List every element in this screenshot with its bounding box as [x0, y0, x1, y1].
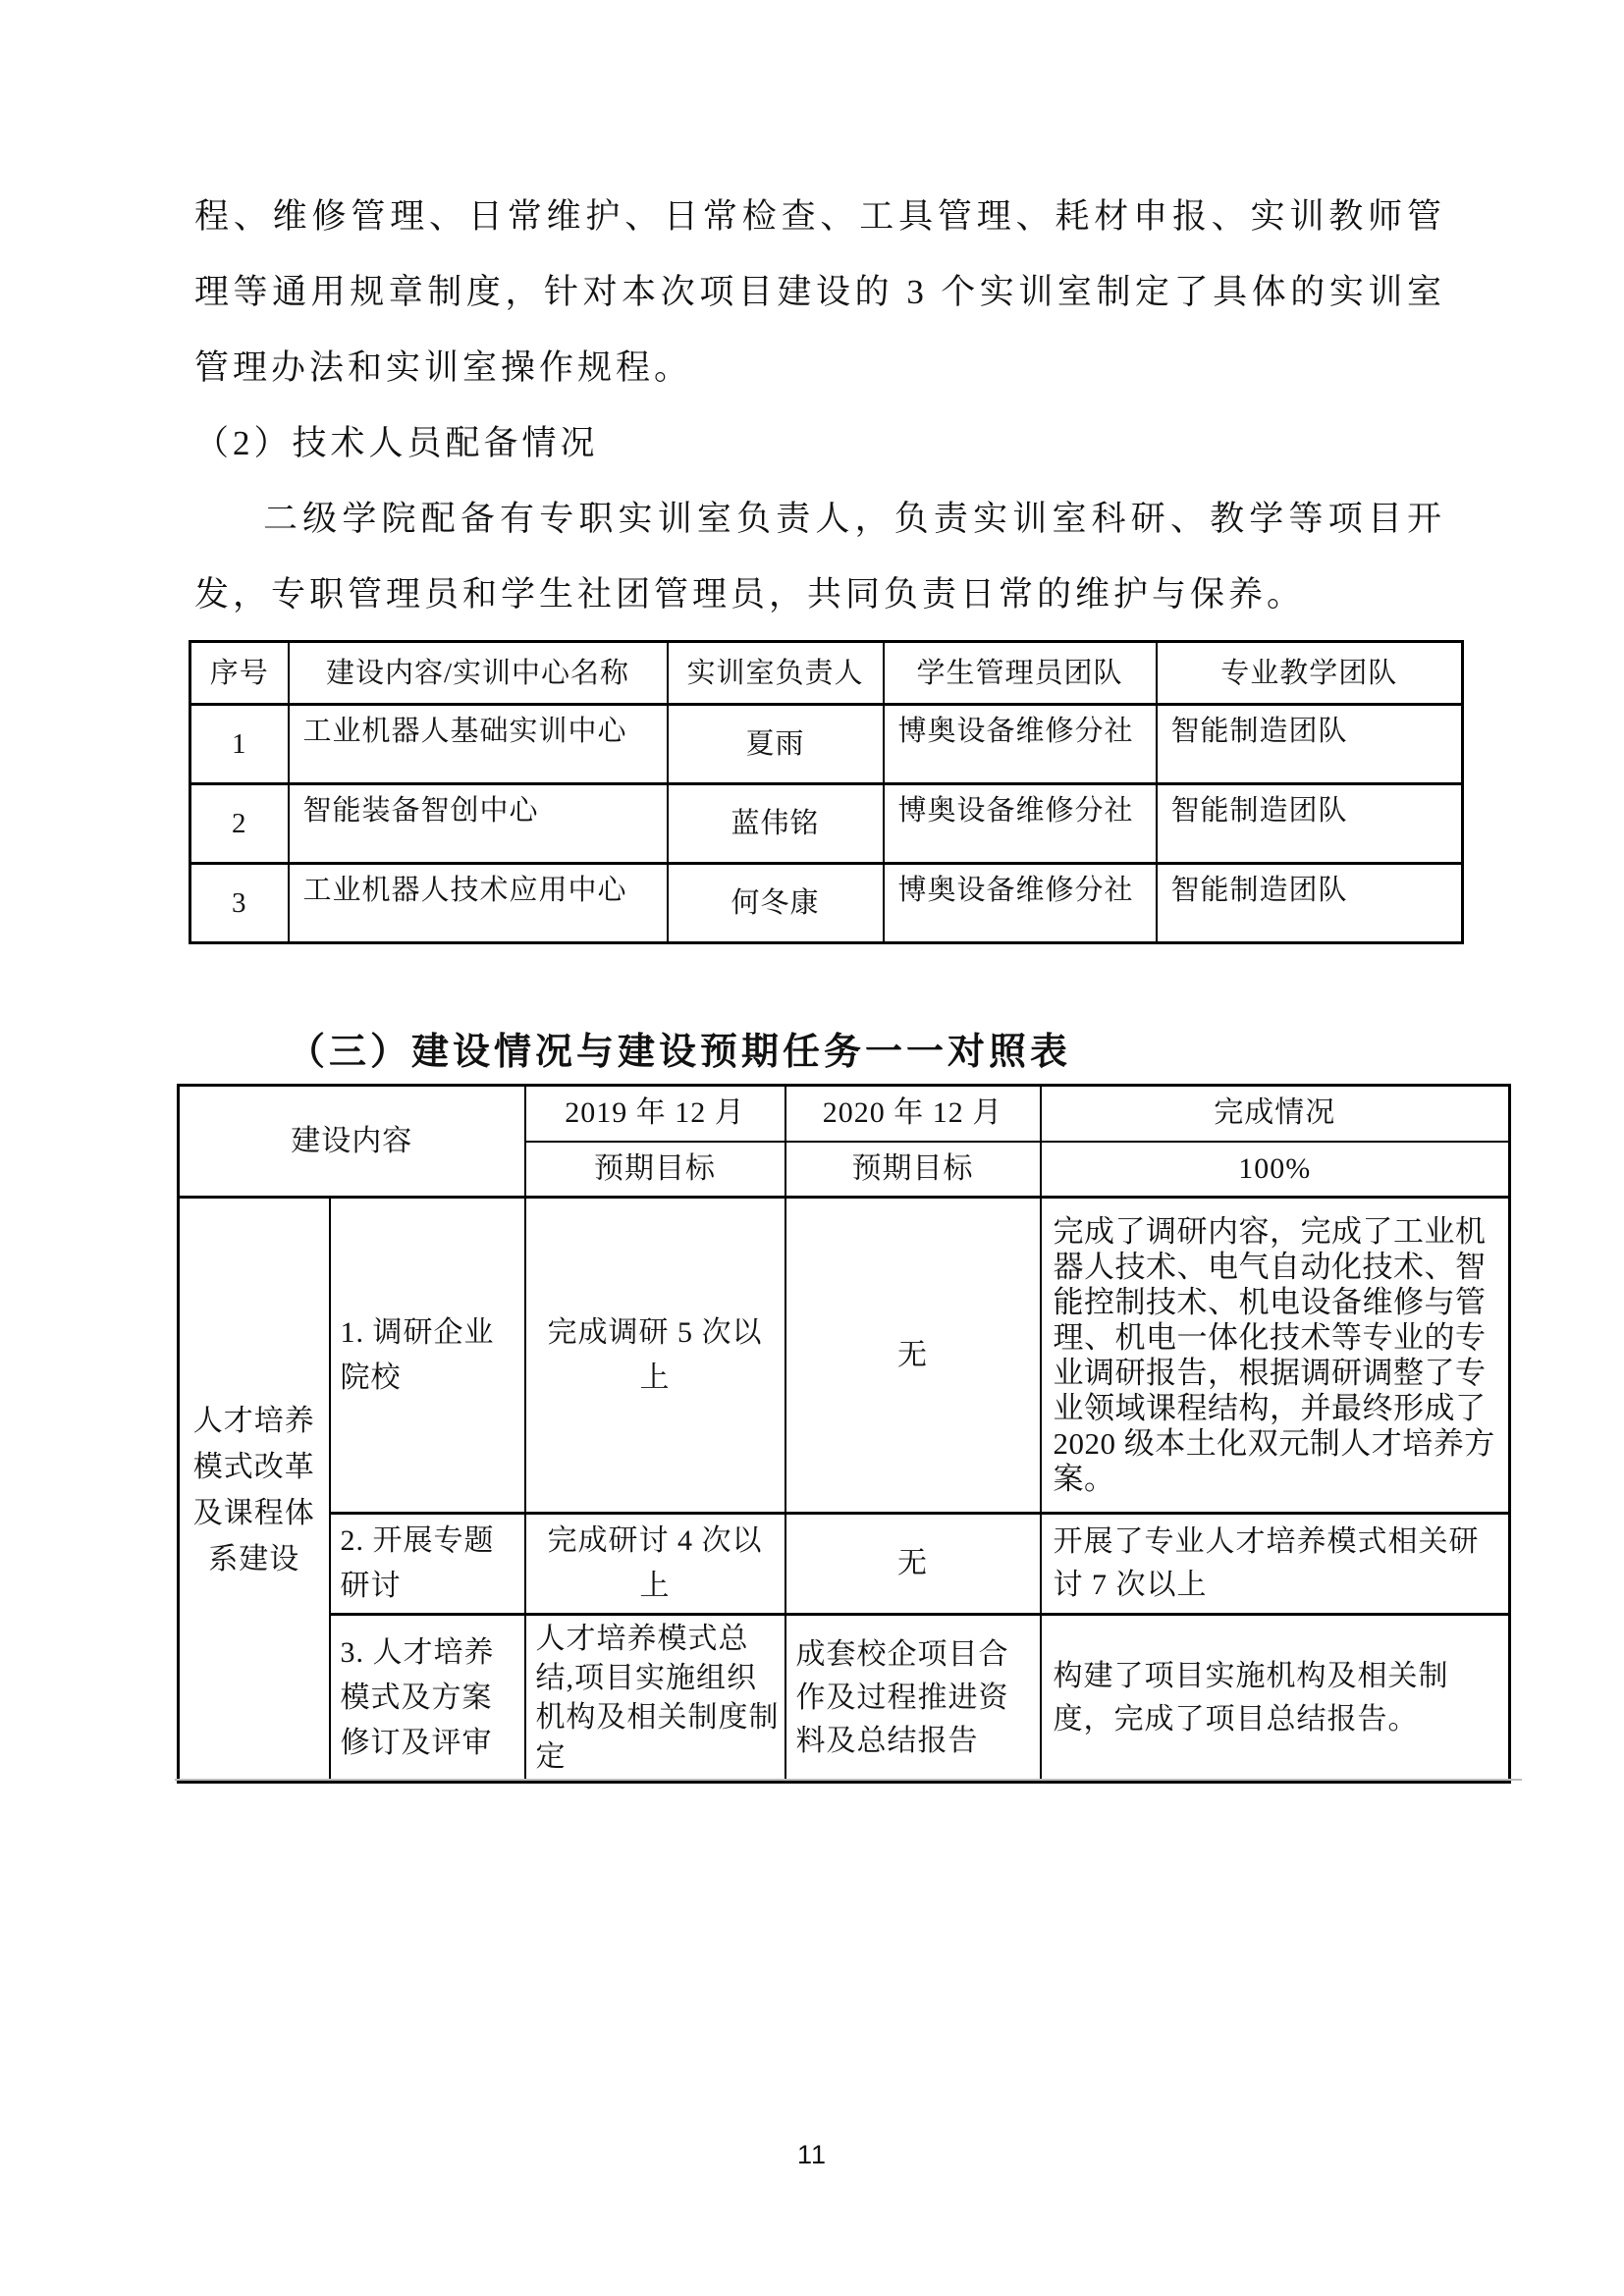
table-row: 1 工业机器人基础实训中心 夏雨 博奥设备维修分社 智能制造团队	[190, 705, 1463, 784]
teaching-team: 智能制造团队	[1157, 784, 1463, 864]
cmp-result: 构建了项目实施机构及相关制度，完成了项目总结报告。	[1041, 1615, 1510, 1783]
cmp-sub-2020-goal: 预期目标	[785, 1142, 1041, 1198]
lab-lead: 何冬康	[668, 864, 884, 943]
cmp-task: 2. 开展专题研讨	[330, 1514, 525, 1615]
table-row: 3 工业机器人技术应用中心 何冬康 博奥设备维修分社 智能制造团队	[190, 864, 1463, 943]
cmp-goal-2019: 完成调研 5 次以上	[525, 1198, 785, 1514]
table-row: 3. 人才培养模式及方案修订及评审 人才培养模式总结,项目实施组织机构及相关制度…	[179, 1615, 1510, 1783]
cmp-col-completion: 完成情况	[1041, 1086, 1510, 1142]
table-row: 2. 开展专题研讨 完成研讨 4 次以上 无 开展了专业人才培养模式相关研讨 7…	[179, 1514, 1510, 1615]
cmp-goal-2019: 完成研讨 4 次以上	[525, 1514, 785, 1615]
cmp-category: 人才培养模式改革及课程体系建设	[179, 1198, 330, 1783]
body-text-block: 程、维修管理、日常维护、日常检查、工具管理、耗材申报、实训教师管理等通用规章制度…	[194, 179, 1445, 632]
staff-table: 序号 建设内容/实训中心名称 实训室负责人 学生管理员团队 专业教学团队 1 工…	[189, 640, 1464, 944]
cmp-col-2019: 2019 年 12 月	[525, 1086, 785, 1142]
cmp-col-content: 建设内容	[179, 1086, 525, 1198]
teaching-team: 智能制造团队	[1157, 864, 1463, 943]
cmp-col-2020: 2020 年 12 月	[785, 1086, 1041, 1142]
cmp-result: 完成了调研内容，完成了工业机器人技术、电气自动化技术、智能控制技术、机电设备维修…	[1041, 1198, 1510, 1514]
student-team: 博奥设备维修分社	[884, 705, 1157, 784]
student-team: 博奥设备维修分社	[884, 864, 1157, 943]
cmp-task: 1. 调研企业院校	[330, 1198, 525, 1514]
page-number: 11	[0, 2140, 1624, 2170]
cmp-task: 3. 人才培养模式及方案修订及评审	[330, 1615, 525, 1783]
lab-lead: 蓝伟铭	[668, 784, 884, 864]
paragraph-staffing: 二级学院配备有专职实训室负责人，负责实训室科研、教学等项目开发，专职管理员和学生…	[194, 481, 1445, 632]
cmp-result: 开展了专业人才培养模式相关研讨 7 次以上	[1041, 1514, 1510, 1615]
cmp-header-row-1: 建设内容 2019 年 12 月 2020 年 12 月 完成情况	[179, 1086, 1510, 1142]
cmp-goal-2020: 无	[785, 1514, 1041, 1615]
teaching-team: 智能制造团队	[1157, 705, 1463, 784]
student-team: 博奥设备维修分社	[884, 784, 1157, 864]
row-index: 3	[190, 864, 289, 943]
document-page: 程、维修管理、日常维护、日常检查、工具管理、耗材申报、实训教师管理等通用规章制度…	[0, 0, 1624, 2296]
subsection-heading-2: （2）技术人员配备情况	[194, 405, 1445, 481]
staff-col-lab-lead: 实训室负责人	[668, 642, 884, 705]
paragraph-rules: 程、维修管理、日常维护、日常检查、工具管理、耗材申报、实训教师管理等通用规章制度…	[194, 179, 1445, 405]
center-name: 智能装备智创中心	[289, 784, 668, 864]
staff-col-center-name: 建设内容/实训中心名称	[289, 642, 668, 705]
cmp-sub-completion-pct: 100%	[1041, 1142, 1510, 1198]
comparison-table: 建设内容 2019 年 12 月 2020 年 12 月 完成情况 预期目标 预…	[177, 1084, 1511, 1784]
section-heading: （三）建设情况与建设预期任务一一对照表	[288, 1027, 1071, 1078]
cmp-goal-2020: 无	[785, 1198, 1041, 1514]
cmp-sub-2019-goal: 预期目标	[525, 1142, 785, 1198]
row-index: 2	[190, 784, 289, 864]
table-row: 人才培养模式改革及课程体系建设 1. 调研企业院校 完成调研 5 次以上 无 完…	[179, 1198, 1510, 1514]
staff-table-header-row: 序号 建设内容/实训中心名称 实训室负责人 学生管理员团队 专业教学团队	[190, 642, 1463, 705]
staff-col-index: 序号	[190, 642, 289, 705]
staff-col-teaching-team: 专业教学团队	[1157, 642, 1463, 705]
center-name: 工业机器人技术应用中心	[289, 864, 668, 943]
table-row: 2 智能装备智创中心 蓝伟铭 博奥设备维修分社 智能制造团队	[190, 784, 1463, 864]
cmp-goal-2019: 人才培养模式总结,项目实施组织机构及相关制度制定	[525, 1615, 785, 1783]
staff-col-student-team: 学生管理员团队	[884, 642, 1157, 705]
cmp-goal-2020: 成套校企项目合作及过程推进资料及总结报告	[785, 1615, 1041, 1783]
row-index: 1	[190, 705, 289, 784]
divider-line	[175, 1779, 1522, 1781]
lab-lead: 夏雨	[668, 705, 884, 784]
center-name: 工业机器人基础实训中心	[289, 705, 668, 784]
